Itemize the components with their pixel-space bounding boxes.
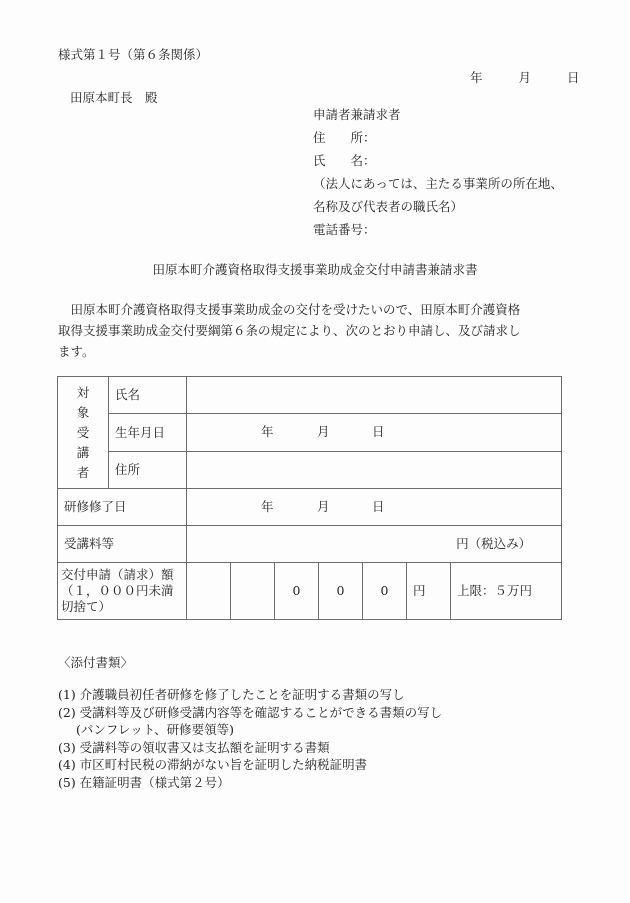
attachments-list: (1) 介護職員初任者研修を修了したことを証明する書類の写し (2) 受講料等及… [58,686,442,791]
fee-field[interactable]: 円（税込み） [187,526,562,563]
amount-unit: 円 [407,563,451,620]
label-char: 者 [58,463,108,483]
date-year: 年 [470,70,483,86]
completion-year: 年 [261,499,274,515]
label-char: 対 [58,383,108,403]
applicant-address-label: 住 所： [313,130,563,153]
trainee-name-label: 氏名 [109,377,187,414]
amount-label: 交付申請（請求）額 （１，０００円未満 切捨て） [58,563,187,620]
attachment-item: (4) 市区町村民税の滞納がない旨を証明した納税証明書 [58,756,442,774]
amount-digit-1[interactable] [187,563,231,620]
fee-label: 受講料等 [58,526,187,563]
completion-date-label: 研修修了日 [58,489,187,526]
amount-digit-5: 0 [363,563,407,620]
amount-label-line2: （１，０００円未満 [61,583,183,599]
attachment-item: (1) 介護職員初任者研修を修了したことを証明する書類の写し [58,686,442,704]
birth-year: 年 [261,424,274,440]
body-line-1: 田原本町介護資格取得支援事業助成金の交付を受けたいので、田原本町介護資格 [58,299,568,320]
corporation-note-line2: 名称及び代表者の職氏名） [313,199,563,222]
label-char: 受 [58,423,108,443]
amount-limit: 上限：５万円 [451,563,562,620]
trainee-address-field[interactable] [187,452,562,489]
form-number: 様式第１号（第６条関係） [58,47,208,63]
body-line-2: 取得支援事業助成金交付要綱第６条の規定により、次のとおり申請し、及び請求し [58,320,568,341]
birth-month: 月 [317,424,330,440]
attachment-item: (2) 受講料等及び研修受講内容等を確認することができる書類の写し [58,704,442,722]
amount-digit-3: 0 [275,563,319,620]
label-char: 講 [58,443,108,463]
application-table: 対 象 受 講 者 氏名 生年月日 年 月 日 住所 研修修了日 年 月 日 受… [57,376,562,620]
attachments-title: 〈添付書類〉 [58,655,133,671]
target-trainee-label: 対 象 受 講 者 [58,377,109,489]
attachment-item: (3) 受講料等の領収書又は支払額を証明する書類 [58,739,442,757]
amount-digit-2[interactable] [231,563,275,620]
applicant-heading: 申請者兼請求者 [313,107,563,130]
applicant-phone-label: 電話番号： [313,222,563,245]
document-title: 田原本町介護資格取得支援事業助成金交付申請書兼請求書 [0,262,630,278]
fee-suffix: 円（税込み） [456,536,531,551]
submission-date: 年 月 日 [470,70,579,86]
amount-label-line1: 交付申請（請求）額 [61,567,183,583]
date-day: 日 [567,70,580,86]
completion-date-field[interactable]: 年 月 日 [187,489,562,526]
addressee: 田原本町長 殿 [70,90,158,106]
trainee-address-label: 住所 [109,452,187,489]
completion-day: 日 [372,499,385,515]
attachment-item-note: (パンフレット、研修要領等) [58,721,442,739]
amount-digit-4: 0 [319,563,363,620]
amount-label-line3: 切捨て） [61,599,183,615]
corporation-note-line1: （法人にあっては、主たる事業所の所在地、 [313,176,563,199]
label-char: 象 [58,403,108,423]
trainee-name-field[interactable] [187,377,562,414]
body-line-3: ます。 [58,341,568,362]
birthdate-field[interactable]: 年 月 日 [187,414,562,452]
birth-day: 日 [372,424,385,440]
birthdate-label: 生年月日 [109,414,187,452]
date-month: 月 [518,70,531,86]
body-paragraph: 田原本町介護資格取得支援事業助成金の交付を受けたいので、田原本町介護資格 取得支… [58,299,568,362]
applicant-block: 申請者兼請求者 住 所： 氏 名： （法人にあっては、主たる事業所の所在地、 名… [313,107,563,245]
attachment-item: (5) 在籍証明書（様式第２号） [58,774,442,792]
completion-month: 月 [317,499,330,515]
applicant-name-label: 氏 名： [313,153,563,176]
